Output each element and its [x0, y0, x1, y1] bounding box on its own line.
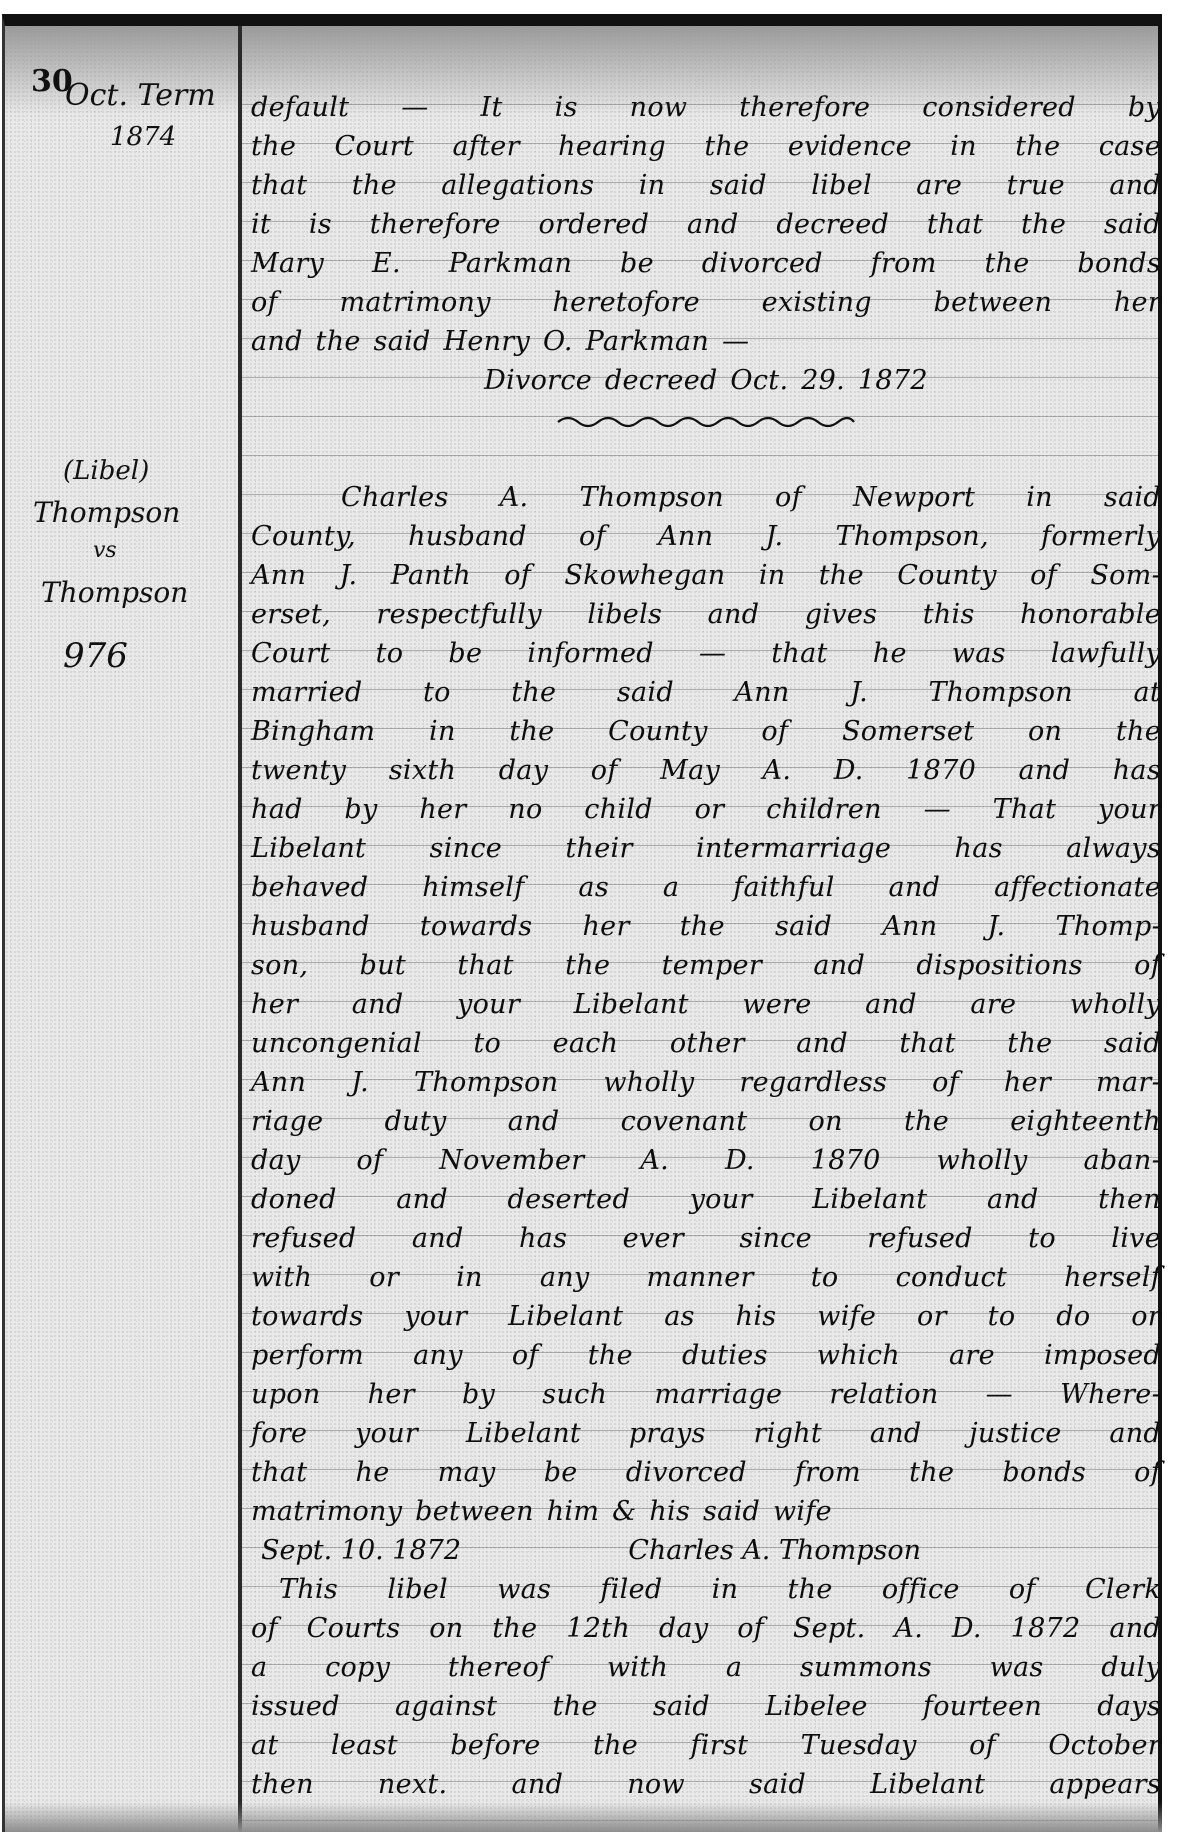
- text-line: at least before the first Tuesday of Oct…: [251, 1726, 1161, 1765]
- entry-body: default — It is now therefore considered…: [251, 88, 1161, 1804]
- party-libelant: Thompson: [33, 496, 180, 529]
- text-line: doned and deserted your Libelant and the…: [251, 1180, 1161, 1219]
- text-line: Mary E. Parkman be divorced from the bon…: [251, 244, 1161, 283]
- term-label: Oct. Term: [65, 78, 216, 113]
- libel-entry: Charles A. Thompson of Newport in said C…: [251, 478, 1161, 1570]
- text-line: Charles A. Thompson of Newport in said: [251, 478, 1161, 517]
- text-line: Ann J. Thompson wholly regardless of her…: [251, 1063, 1161, 1102]
- text-line: Court to be informed — that he was lawfu…: [251, 634, 1161, 673]
- libel-date: Sept. 10. 1872: [261, 1531, 461, 1570]
- text-line: then next. and now said Libelant appears: [251, 1765, 1161, 1804]
- text-line: Libelant since their intermarriage has a…: [251, 829, 1161, 868]
- text-line: riage duty and covenant on the eighteent…: [251, 1102, 1161, 1141]
- margin-rule: [238, 26, 242, 1832]
- flourish-icon: [556, 410, 856, 430]
- text-line: erset, respectfully libels and gives thi…: [251, 595, 1161, 634]
- text-line: This libel was filed in the office of Cl…: [251, 1570, 1161, 1609]
- text-line: twenty sixth day of May A. D. 1870 and h…: [251, 751, 1161, 790]
- party-libelee: Thompson: [41, 576, 188, 609]
- text-line: a copy thereof with a summons was duly: [251, 1648, 1161, 1687]
- term-year: 1874: [110, 122, 176, 152]
- text-line: married to the said Ann J. Thompson at: [251, 673, 1161, 712]
- text-line: son, but that the temper and disposition…: [251, 946, 1161, 985]
- text-line: Bingham in the County of Somerset on the: [251, 712, 1161, 751]
- text-line: that he may be divorced from the bonds o…: [251, 1453, 1161, 1492]
- text-line: with or in any manner to conduct herself: [251, 1258, 1161, 1297]
- text-line: towards your Libelant as his wife or to …: [251, 1297, 1161, 1336]
- text-line: Ann J. Panth of Skowhegan in the County …: [251, 556, 1161, 595]
- text-line: refused and has ever since refused to li…: [251, 1219, 1161, 1258]
- case-type: (Libel): [63, 456, 149, 486]
- date-signature-line: Sept. 10. 1872 Charles A. Thompson: [251, 1531, 1161, 1570]
- text-line: matrimony between him & his said wife: [251, 1492, 1161, 1531]
- text-line: uncongenial to each other and that the s…: [251, 1024, 1161, 1063]
- text-line: day of November A. D. 1870 wholly aban-: [251, 1141, 1161, 1180]
- text-line: the Court after hearing the evidence in …: [251, 127, 1161, 166]
- text-line: perform any of the duties which are impo…: [251, 1336, 1161, 1375]
- margin-column: 30 Oct. Term 1874 (Libel) Thompson vs Th…: [5, 26, 238, 1832]
- text-line: County, husband of Ann J. Thompson, form…: [251, 517, 1161, 556]
- text-line: issued against the said Libelee fourteen…: [251, 1687, 1161, 1726]
- decree-line: Divorce decreed Oct. 29. 1872: [251, 361, 1161, 400]
- text-line: default — It is now therefore considered…: [251, 88, 1161, 127]
- text-line: upon her by such marriage relation — Whe…: [251, 1375, 1161, 1414]
- text-line: husband towards her the said Ann J. Thom…: [251, 907, 1161, 946]
- previous-entry: default — It is now therefore considered…: [251, 88, 1161, 478]
- text-line: and the said Henry O. Parkman —: [251, 322, 1161, 361]
- libelant-signature: Charles A. Thompson: [628, 1531, 921, 1570]
- text-line: it is therefore ordered and decreed that…: [251, 205, 1161, 244]
- text-line: that the allegations in said libel are t…: [251, 166, 1161, 205]
- ledger-sheet: 30 Oct. Term 1874 (Libel) Thompson vs Th…: [2, 14, 1162, 1832]
- section-divider-flourish: [251, 400, 1161, 439]
- case-number: 976: [63, 636, 128, 676]
- filing-note: This libel was filed in the office of Cl…: [251, 1570, 1161, 1804]
- text-line: had by her no child or children — That y…: [251, 790, 1161, 829]
- versus-label: vs: [93, 538, 117, 563]
- text-line: behaved himself as a faithful and affect…: [251, 868, 1161, 907]
- text-line: her and your Libelant were and are wholl…: [251, 985, 1161, 1024]
- text-line: of Courts on the 12th day of Sept. A. D.…: [251, 1609, 1161, 1648]
- text-line: of matrimony heretofore existing between…: [251, 283, 1161, 322]
- document-page: 30 Oct. Term 1874 (Libel) Thompson vs Th…: [0, 0, 1200, 1832]
- text-line: fore your Libelant prays right and justi…: [251, 1414, 1161, 1453]
